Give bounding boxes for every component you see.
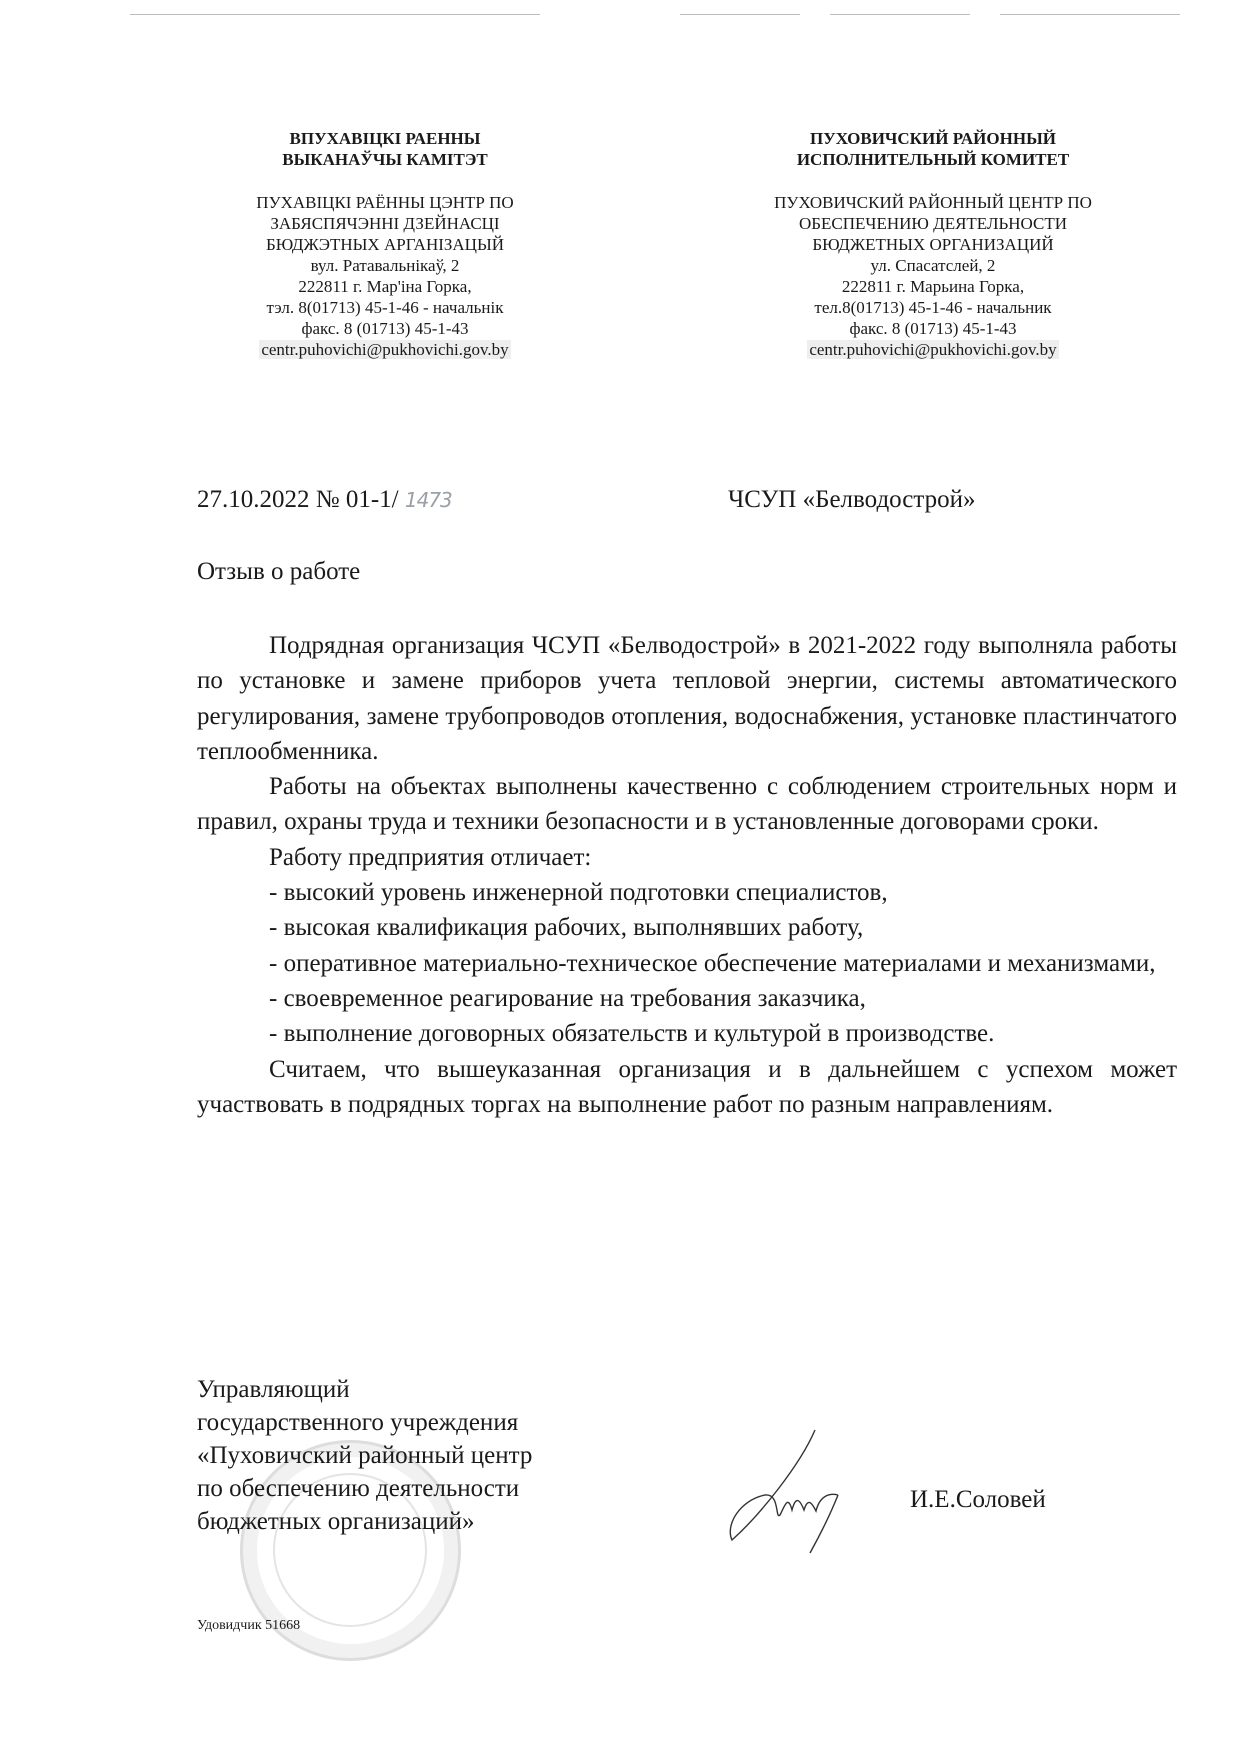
address: вул. Ратавальнікаў, 2 [190, 255, 580, 276]
position-line: государственного учреждения [197, 1406, 532, 1439]
letter-body: Подрядная организация ЧСУП «Белводострой… [197, 628, 1177, 1122]
scan-artifact [680, 14, 800, 15]
letterhead-belarusian: ВПУХАВІЦКІ РАЕННЫ ВЫКАНАЎЧЫ КАМІТЭТ ПУХА… [190, 128, 580, 360]
handwritten-number: 1473 [405, 488, 452, 512]
org-name-line: ВЫКАНАЎЧЫ КАМІТЭТ [190, 149, 580, 170]
unit-name-line: ОБЕСПЕЧЕНИЮ ДЕЯТЕЛЬНОСТИ [738, 213, 1128, 234]
date-number: 27.10.2022 № 01-1/ [197, 486, 399, 513]
list-item: - высокий уровень инженерной подготовки … [197, 875, 1177, 910]
signature-block: Управляющий государственного учреждения … [197, 1373, 532, 1538]
city: 222811 г. Марьина Горка, [738, 276, 1128, 297]
paragraph: Считаем, что вышеуказанная организация и… [197, 1052, 1177, 1123]
position-line: бюджетных организаций» [197, 1505, 532, 1538]
org-name-line: ВПУХАВІЦКІ РАЕННЫ [190, 128, 580, 149]
paragraph: Работы на объектах выполнены качественно… [197, 769, 1177, 840]
unit-name-line: ЗАБЯСПЯЧЭННІ ДЗЕЙНАСЦІ [190, 213, 580, 234]
position-line: «Пуховичский районный центр [197, 1439, 532, 1472]
org-name-line: ИСПОЛНИТЕЛЬНЫЙ КОМИТЕТ [738, 149, 1128, 170]
position-line: по обеспечению деятельности [197, 1472, 532, 1505]
paragraph: Подрядная организация ЧСУП «Белводострой… [197, 628, 1177, 769]
position-line: Управляющий [197, 1373, 532, 1406]
executor-note: Удовидчик 51668 [197, 1618, 300, 1634]
scan-artifact [1000, 14, 1180, 15]
paragraph: Работу предприятия отличает: [197, 840, 1177, 875]
unit-name-line: БЮДЖЕТНЫХ ОРГАНИЗАЦИЙ [738, 234, 1128, 255]
phone: тэл. 8(01713) 45-1-46 - начальнік [190, 297, 580, 318]
address: ул. Спасатслей, 2 [738, 255, 1128, 276]
scan-artifact [830, 14, 970, 15]
list-item: - своевременное реагирование на требован… [197, 981, 1177, 1016]
signer-name: И.Е.Соловей [910, 1486, 1046, 1514]
city: 222811 г. Мар'іна Горка, [190, 276, 580, 297]
handwritten-signature-icon [720, 1425, 880, 1555]
unit-name-line: БЮДЖЭТНЫХ АРГАНІЗАЦЫЙ [190, 234, 580, 255]
email-link[interactable]: centr.puhovichi@pukhovichi.gov.by [259, 340, 510, 359]
reference-line: 27.10.2022 № 01-1/ 1473 [197, 486, 452, 514]
addressee: ЧСУП «Белводострой» [728, 486, 976, 514]
unit-name-line: ПУХАВІЦКІ РАЁННЫ ЦЭНТР ПО [190, 192, 580, 213]
list-item: - выполнение договорных обязательств и к… [197, 1016, 1177, 1051]
fax: факс. 8 (01713) 45-1-43 [738, 318, 1128, 339]
org-name-line: ПУХОВИЧСКИЙ РАЙОННЫЙ [738, 128, 1128, 149]
email-link[interactable]: centr.puhovichi@pukhovichi.gov.by [807, 340, 1058, 359]
letterhead-russian: ПУХОВИЧСКИЙ РАЙОННЫЙ ИСПОЛНИТЕЛЬНЫЙ КОМИ… [738, 128, 1128, 360]
subject: Отзыв о работе [197, 558, 360, 586]
list-item: - оперативное материально-техническое об… [197, 946, 1177, 981]
fax: факс. 8 (01713) 45-1-43 [190, 318, 580, 339]
phone: тел.8(01713) 45-1-46 - начальник [738, 297, 1128, 318]
scan-artifact [290, 14, 540, 15]
list-item: - высокая квалификация рабочих, выполняв… [197, 910, 1177, 945]
unit-name-line: ПУХОВИЧСКИЙ РАЙОННЫЙ ЦЕНТР ПО [738, 192, 1128, 213]
